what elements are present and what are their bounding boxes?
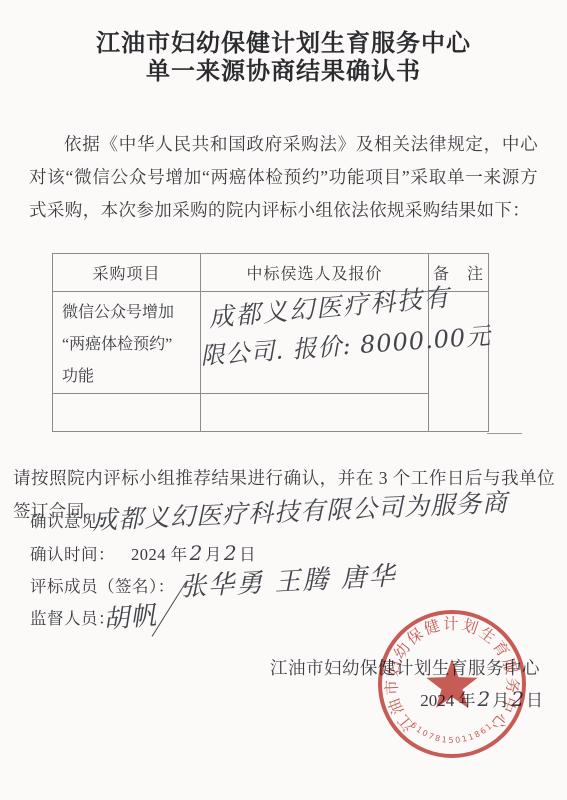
table-bottom-line-extension	[487, 433, 522, 434]
confirm-time-label: 确认时间：	[30, 545, 115, 564]
hw-confirm-day-digit: 2	[222, 541, 239, 565]
seal-star-icon	[426, 659, 477, 708]
confirm-time-year: 2024 年	[131, 545, 188, 564]
official-seal: 江油市妇幼保健计划生育服务中心 5107815011861	[371, 603, 533, 765]
doc-title: 江油市妇幼保健计划生育服务中心 单一来源协商结果确认书	[0, 30, 567, 86]
hw-confirm-month-digit: 2	[188, 541, 205, 565]
confirm-time-month-unit: 月	[205, 545, 222, 564]
confirm-time-day-unit: 日	[239, 545, 256, 564]
doc-title-line2: 单一来源协商结果确认书	[0, 58, 567, 86]
hw-supervisor-signature: 胡帆	[101, 595, 158, 637]
evaluators-label: 评标成员（签名）：	[30, 573, 175, 597]
table-empty-row	[53, 394, 489, 432]
cell-empty-project	[53, 394, 201, 432]
intro-paragraph: 依据《中华人民共和国政府采购法》及相关法律规定，中心对该“微信公众号增加“两癌体…	[29, 128, 538, 227]
document-page: 江油市妇幼保健计划生育服务中心 单一来源协商结果确认书 依据《中华人民共和国政府…	[0, 0, 567, 800]
doc-title-line1: 江油市妇幼保健计划生育服务中心	[0, 30, 567, 58]
cell-empty-bid	[201, 394, 429, 432]
cell-project: 微信公众号增加 “两癌体检预约” 功能	[53, 292, 201, 394]
seal-serial-number: 5107815011861	[409, 721, 495, 745]
cell-project-line2: “两癌体检预约”	[53, 329, 200, 361]
seal-serial-holder: 5107815011861	[409, 721, 495, 745]
header-project: 采购项目	[53, 254, 201, 292]
confirm-time-row: 确认时间：2024 年2月2日	[30, 541, 256, 565]
cell-project-line3: 功能	[53, 361, 200, 393]
cell-project-line1: 微信公众号增加	[53, 292, 200, 329]
